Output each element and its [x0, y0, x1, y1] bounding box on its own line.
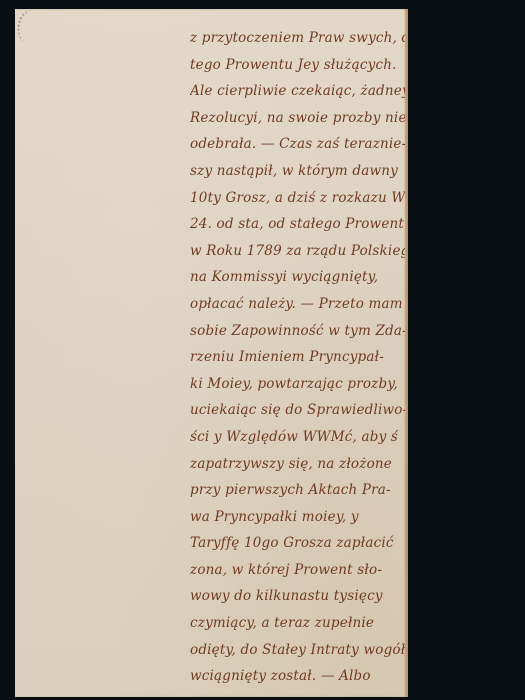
- text-line: ki Moiey, powtarzając prozby,: [190, 371, 405, 398]
- manuscript-page: z przytoczeniem Praw swych, do tego Prow…: [15, 9, 408, 697]
- text-line: rzeniu Imieniem Pryncypał-: [190, 344, 405, 371]
- text-line: tego Prowentu Jey służących.: [190, 52, 405, 79]
- text-line: odięty, do Stałey Intraty wogół: [190, 637, 405, 664]
- text-line: Taryffę 10go Grosza zapłacić: [190, 530, 405, 557]
- text-line: uciekaiąc się do Sprawiedliwo-: [190, 397, 405, 424]
- text-line: zapatrzywszy się, na złożone: [190, 451, 405, 478]
- binding-hole-marks: [12, 7, 50, 49]
- page-edge: [405, 9, 408, 697]
- text-line: wa Pryncypałki moiey, y: [190, 504, 405, 531]
- text-line: czymiący, a teraz zupełnie: [190, 610, 405, 637]
- text-line: z przytoczeniem Praw swych, do: [190, 25, 405, 52]
- text-line: Rezolucyi, na swoie prozby nie-: [190, 105, 405, 132]
- text-line: przy pierwszych Aktach Pra-: [190, 477, 405, 504]
- text-line: na Kommissyi wyciągnięty,: [190, 264, 405, 291]
- text-line: szy nastąpił, w którym dawny: [190, 158, 405, 185]
- text-line: w Roku 1789 za rządu Polskiego: [190, 238, 405, 265]
- text-line: 10ty Grosz, a dziś z rozkazu WWMć: [190, 185, 405, 212]
- text-line: wowy do kilkunastu tysięcy: [190, 583, 405, 610]
- text-line: wciągnięty został. — Albo: [190, 663, 405, 690]
- text-line: 24. od sta, od stałego Prowentu: [190, 211, 405, 238]
- text-line: odebrała. — Czas zaś teraznie-: [190, 131, 405, 158]
- text-line: Ale cierpliwie czekaiąc, żadney: [190, 78, 405, 105]
- text-line: opłacać należy. — Przeto mam: [190, 291, 405, 318]
- handwritten-text-block: z przytoczeniem Praw swych, do tego Prow…: [190, 25, 405, 690]
- text-line: ści y Względów WWMć, aby ś: [190, 424, 405, 451]
- text-line: sobie Zapowinność w tym Zda-: [190, 318, 405, 345]
- text-line: zona, w której Prowent sło-: [190, 557, 405, 584]
